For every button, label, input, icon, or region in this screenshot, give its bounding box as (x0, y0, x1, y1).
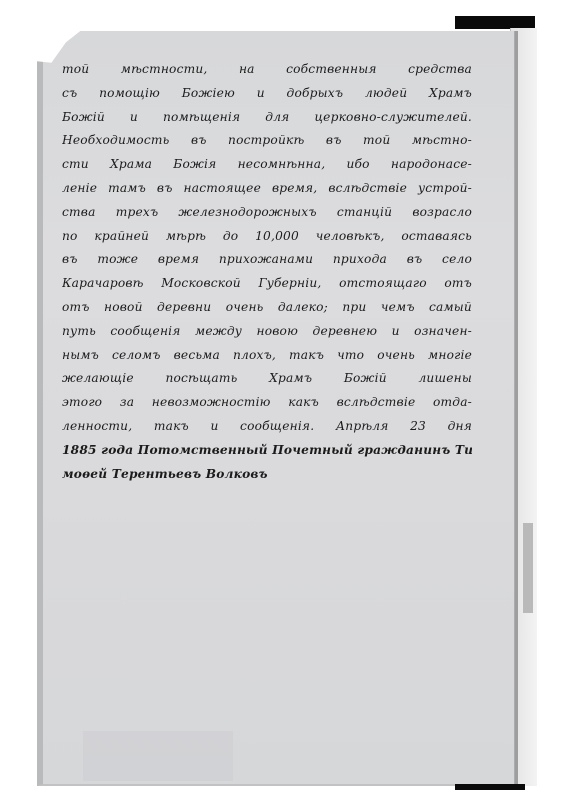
signature-line: 1885 года Потомственный Почетный граждан… (62, 439, 472, 463)
scan-background: той мѣстности, на собственныя средства с… (0, 0, 582, 800)
text-line: отъ новой деревни очень далеко; при чемъ… (62, 296, 472, 320)
scanner-edge-bar-bottom (455, 784, 525, 790)
text-line: ства трехъ железнодорожныхъ станцій возр… (62, 201, 472, 225)
text-line: нымъ селомъ весьма плохъ, такъ что очень… (62, 344, 472, 368)
page-tab-shadow (523, 523, 533, 613)
text-line: леніе тамъ въ настоящее время, вслѣдстві… (62, 177, 472, 201)
text-line: этого за невозможностію какъ вслѣдствіе … (62, 391, 472, 415)
text-line: Необходимость въ постройкѣ въ той мѣстно… (62, 129, 472, 153)
text-line: той мѣстности, на собственныя средства (62, 58, 472, 82)
text-line: съ помощію Божіею и добрыхъ людей Храмъ (62, 82, 472, 106)
text-line: ленности, такъ и сообщенія. Апрѣля 23 дн… (62, 415, 472, 439)
paper-smudge (83, 731, 233, 781)
text-line: Божій и помѣщенія для церковно-служителе… (62, 106, 472, 130)
text-line: Карачаровѣ Московской Губерніи, отстояща… (62, 272, 472, 296)
text-line: путь сообщенія между новою деревнею и оз… (62, 320, 472, 344)
text-line: въ тоже время прихожанами прихода въ сел… (62, 248, 472, 272)
text-line: по крайней мѣрѣ до 10,000 человѣкъ, оста… (62, 225, 472, 249)
text-line: желающіе посѣщать Храмъ Божій лишены (62, 367, 472, 391)
signature-name: моѳей Терентьевъ Волковъ (62, 463, 472, 487)
text-line: сти Храма Божія несомнѣнна, ибо народона… (62, 153, 472, 177)
handwritten-text-block: той мѣстности, на собственныя средства с… (62, 58, 472, 486)
